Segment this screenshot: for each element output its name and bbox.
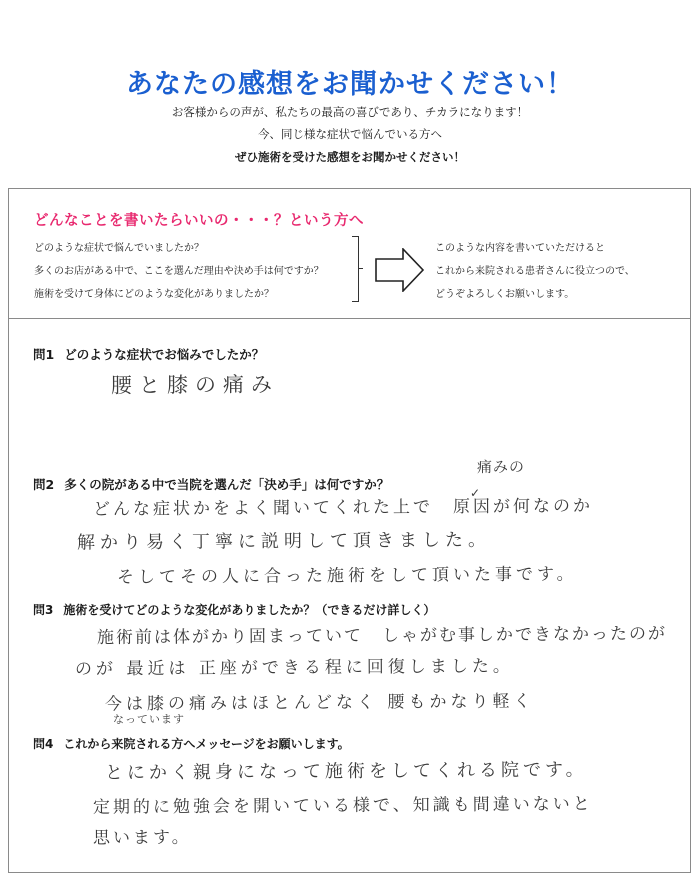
- question-1: 問1どのような症状でお悩みでしたか？: [33, 345, 264, 363]
- answer-3-line-4: なっています: [113, 711, 185, 728]
- bracket-icon: [352, 236, 359, 302]
- answer-3-line-1: 施術前は体がかり固まっていて しゃがむ事しかできなかったのが: [97, 619, 667, 648]
- answer-4-line-1: とにかく親身になって施術をしてくれる院です。: [105, 755, 588, 784]
- question-3-text: 施術を受けてどのような変化がありましたか？（できるだけ詳しく）: [63, 603, 435, 617]
- answer-4-line-3: 思います。: [93, 823, 192, 849]
- intro-line-1: お客様からの声が、私たちの最高の喜びであり、チカラになります！: [0, 104, 700, 120]
- bracket-nub: [358, 268, 363, 269]
- guide-prompt-3: 施術を受けて身体にどのような変化がありましたか？: [34, 285, 274, 300]
- guide-note-3: どうぞよろしくお願いします。: [435, 285, 574, 300]
- answer-2-line-3: そしてその人に合った施術をして頂いた事です。: [117, 559, 578, 587]
- intro-line-3: ぜひ施術を受けた感想をお聞かせください！: [0, 149, 700, 165]
- survey-form: どんなことを書いたらいいの・・・？という方へ どのような症状で悩んでいましたか？…: [8, 188, 691, 873]
- question-2: 問2多くの院がある中で当院を選んだ「決め手」は何ですか？: [33, 475, 389, 493]
- question-1-number: 問1: [33, 347, 54, 362]
- answer-1-line-1: 腰と膝の痛み: [111, 368, 279, 399]
- guide-prompt-1: どのような症状で悩んでいましたか？: [34, 239, 204, 254]
- question-3-number: 問3: [33, 603, 53, 617]
- answer-2-line-1: どんな症状かをよく聞いてくれた上で 原因が何なのか: [93, 491, 593, 519]
- answer-2-line-2: 解かり易く丁寧に説明して頂きました。: [77, 526, 491, 555]
- guide-prompt-2: 多くのお店がある中で、ここを選んだ理由や決め手は何ですか？: [34, 262, 324, 277]
- section-divider: [9, 318, 690, 319]
- question-4-number: 問4: [33, 737, 53, 751]
- answer-2-insertion: 痛みの: [477, 456, 525, 477]
- right-arrow-icon: [375, 248, 425, 292]
- question-4: 問4これから来院される方へメッセージをお願いします。: [33, 735, 350, 752]
- answer-3-line-2: のが 最近は 正座ができる程に回復しました。: [75, 651, 514, 679]
- page-title: あなたの感想をお聞かせください！: [0, 62, 700, 101]
- question-1-text: どのような症状でお悩みでしたか？: [64, 347, 264, 362]
- question-2-number: 問2: [33, 477, 54, 492]
- guide-heading: どんなことを書いたらいいの・・・？という方へ: [34, 209, 364, 230]
- question-4-text: これから来院される方へメッセージをお願いします。: [63, 737, 349, 751]
- answer-4-line-2: 定期的に勉強会を開いている様で、知識も間違いないと: [93, 789, 593, 817]
- intro-line-2: 今、同じ様な症状で悩んでいる方へ: [0, 126, 700, 142]
- question-2-text: 多くの院がある中で当院を選んだ「決め手」は何ですか？: [64, 477, 389, 492]
- guide-note-2: これから来院される患者さんに役立つので、: [435, 262, 635, 277]
- question-3: 問3施術を受けてどのような変化がありましたか？（できるだけ詳しく）: [33, 601, 435, 618]
- guide-note-1: このような内容を書いていただけると: [435, 239, 605, 254]
